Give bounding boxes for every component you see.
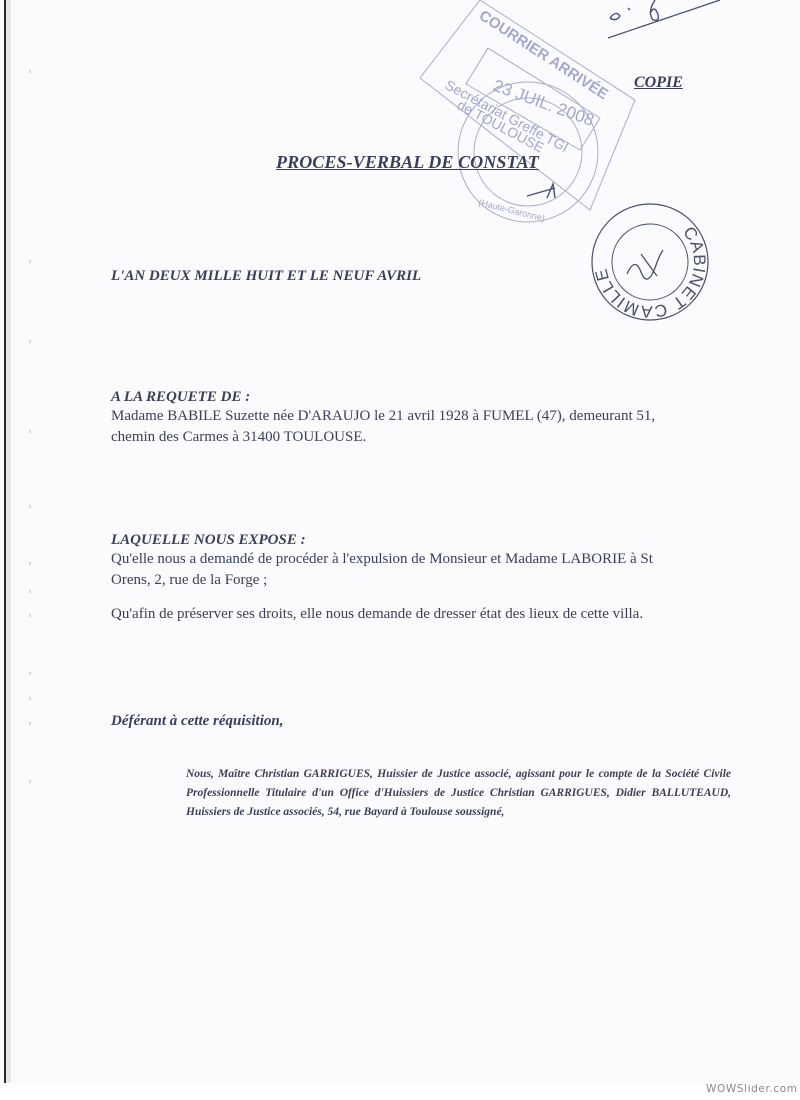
- deferring-line: Déférant à cette réquisition,: [111, 713, 284, 730]
- svg-text:CABINET CAMILLE ET ASSOCIES *: CABINET CAMILLE ET ASSOCIES *: [585, 192, 709, 321]
- date-line: L'AN DEUX MILLE HUIT ET LE NEUF AVRIL: [111, 268, 421, 285]
- margin-mark: [29, 614, 31, 617]
- svg-text:de TOULOUSE: de TOULOUSE: [455, 97, 547, 156]
- scanned-page: COURRIER ARRIVÉE 23 JUIL. 2008 Secrétari…: [0, 0, 800, 1083]
- exposition-paragraph-2: Qu'afin de préserver ses droits, elle no…: [111, 604, 731, 624]
- margin-mark: [29, 70, 31, 73]
- margin-mark: [29, 722, 31, 725]
- received-stamp: COURRIER ARRIVÉE 23 JUIL. 2008 Secrétari…: [420, 0, 640, 230]
- request-line-1: Madame BABILE Suzette née D'ARAUJO le 21…: [111, 406, 731, 426]
- margin-mark: [29, 340, 31, 343]
- watermark: WOWSlider.com: [706, 1083, 798, 1095]
- svg-text:Secrétariat Greffe TGI: Secrétariat Greffe TGI: [443, 77, 572, 156]
- margin-mark: [29, 562, 31, 565]
- svg-text:COURRIER ARRIVÉE: COURRIER ARRIVÉE: [476, 7, 611, 103]
- bailiff-paragraph: Nous, Maître Christian GARRIGUES, Huissi…: [186, 765, 731, 822]
- margin-mark: [29, 430, 31, 433]
- svg-text:23 JUIL. 2008: 23 JUIL. 2008: [491, 76, 597, 130]
- exposition-heading: LAQUELLE NOUS EXPOSE :: [111, 532, 306, 549]
- exposition-line-1: Qu'elle nous a demandé de procéder à l'e…: [111, 549, 731, 569]
- copy-label: COPIE: [634, 74, 683, 92]
- paraph-mark: [525, 180, 565, 204]
- request-heading: A LA REQUETE DE :: [111, 389, 250, 406]
- margin-mark: [29, 590, 31, 593]
- signature-mark: [600, 0, 800, 45]
- margin-mark: [29, 505, 31, 508]
- request-line-2: chemin des Carmes à 31400 TOULOUSE.: [111, 427, 731, 447]
- margin-mark: [29, 672, 31, 675]
- exposition-line-2: Orens, 2, rue de la Forge ;: [111, 570, 731, 590]
- margin-mark: [29, 780, 31, 783]
- cabinet-stamp: CABINET CAMILLE ET ASSOCIES *: [585, 192, 715, 332]
- margin-mark: [29, 260, 31, 263]
- document-title: PROCES-VERBAL DE CONSTAT: [276, 152, 539, 173]
- page-edge-shadow: [6, 0, 11, 1083]
- margin-mark: [29, 697, 31, 700]
- svg-text:(Haute-Garonne): (Haute-Garonne): [478, 197, 546, 223]
